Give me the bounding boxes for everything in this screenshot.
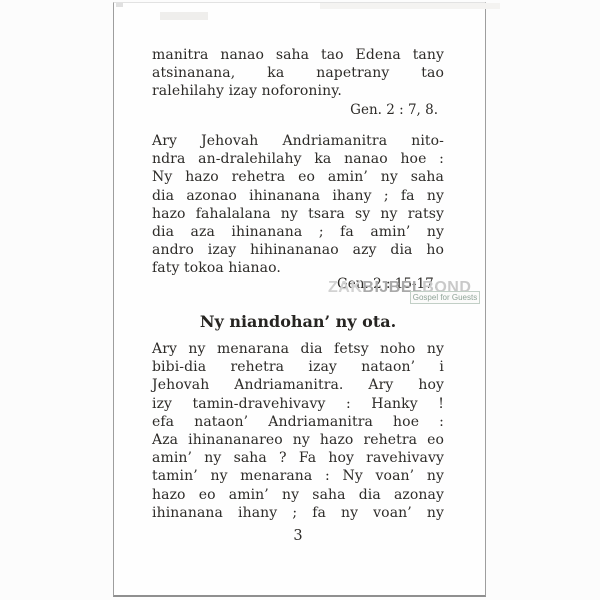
paragraph-continued: manitra nanao saha tao Edena tany atsina… (152, 46, 444, 101)
text-line: hazo eo amin’ ny saha dia azonay (152, 486, 444, 504)
page-number: 3 (152, 528, 444, 544)
scripture-reference: Gen. 2 : 15-17. (152, 275, 444, 293)
text-line: Jehovah Andriamanitra. Ary hoy (152, 376, 444, 394)
text-line: manitra nanao saha tao Edena tany (152, 46, 444, 64)
paragraph: Ary Jehovah Andriamanitra nito- ndra an-… (152, 132, 444, 278)
text-line: ralehilahy izay noforoniny. (152, 82, 444, 100)
section-heading: Ny niandohan’ ny ota. (152, 312, 444, 332)
watermark-badge: Gospel for Guests (410, 291, 480, 304)
text-line: atsinanana, ka napetrany tao (152, 64, 444, 82)
text-line: dia aza ihinanana ; fa amin’ ny (152, 223, 444, 241)
text-line: Ary Jehovah Andriamanitra nito- (152, 132, 444, 150)
text-line: andro izay hihinananao azy dia ho (152, 241, 444, 259)
text-line: dia azonao ihinanana ihany ; fa ny (152, 187, 444, 205)
text-line: Aza ihinananareo ny hazo rehetra eo (152, 431, 444, 449)
text-line: tamin’ ny menarana : Ny voan’ ny (152, 467, 444, 485)
text-line: Ny hazo rehetra eo amin’ ny saha (152, 168, 444, 186)
text-line: Ary ny menarana dia fetsy noho ny (152, 340, 444, 358)
scan-artifact (160, 12, 208, 20)
scan-artifact (116, 3, 123, 7)
scripture-reference: Gen. 2 : 7, 8. (152, 101, 444, 119)
text-line: izy tamin-dravehivavy : Hanky ! (152, 395, 444, 413)
text-line: bibi-dia rehetra izay nataon’ i (152, 358, 444, 376)
text-line: amin’ ny saha ? Fa hoy ravehivavy (152, 449, 444, 467)
paragraph: Ary ny menarana dia fetsy noho ny bibi-d… (152, 340, 444, 522)
scan-background: manitra nanao saha tao Edena tany atsina… (0, 0, 600, 600)
text-line: ihinanana ihany ; fa ny voan’ ny (152, 504, 444, 522)
text-line: efa nataon’ Andriamanitra hoe : (152, 413, 444, 431)
text-line: hazo fahalalana ny tsara sy ny ratsy (152, 205, 444, 223)
scan-artifact (320, 3, 500, 9)
text-line: ndra an-dralehilahy ka nanao hoe : (152, 150, 444, 168)
book-page: manitra nanao saha tao Edena tany atsina… (113, 2, 486, 597)
